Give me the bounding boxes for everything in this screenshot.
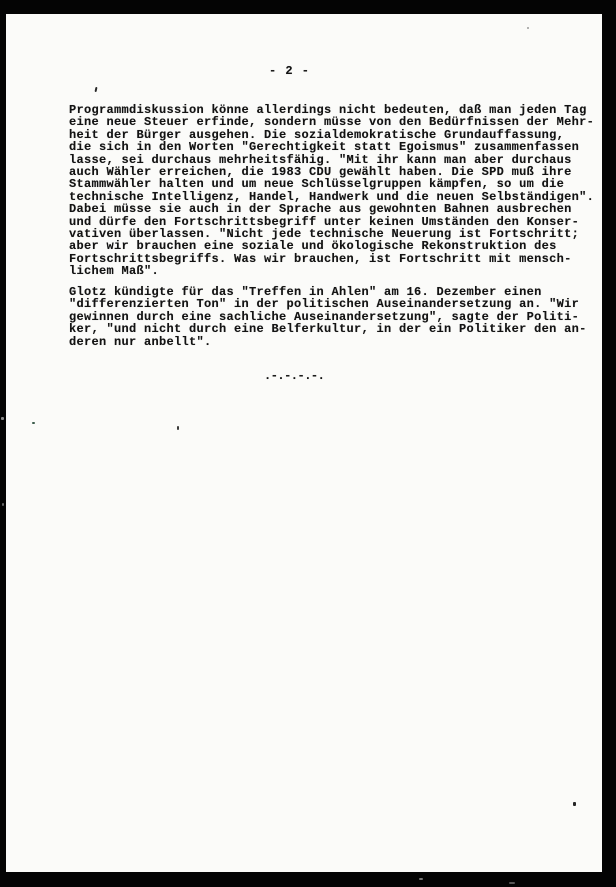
scan-artifact-speck (32, 422, 35, 424)
scan-artifact-speck (527, 27, 529, 29)
scan-artifact-speck (177, 426, 179, 430)
scan-artifact-speck (573, 802, 576, 806)
page-number: - 2 - (269, 65, 310, 77)
scan-artifact-border-speck (1, 417, 4, 420)
scan-artifact-border-speck (2, 503, 4, 506)
paragraph-programmdiskussion: Programmdiskussion könne allerdings nich… (69, 104, 594, 278)
section-separator: .-.-.-.-. (264, 370, 324, 382)
paragraph-glotz: Glotz kündigte für das "Treffen in Ahlen… (69, 286, 587, 348)
scan-artifact-border-speck (509, 882, 515, 884)
scan-artifact-border-speck (419, 878, 423, 880)
scan-artifact-stray-quote (95, 87, 98, 92)
document-page: - 2 - Programmdiskussion könne allerding… (6, 14, 602, 872)
